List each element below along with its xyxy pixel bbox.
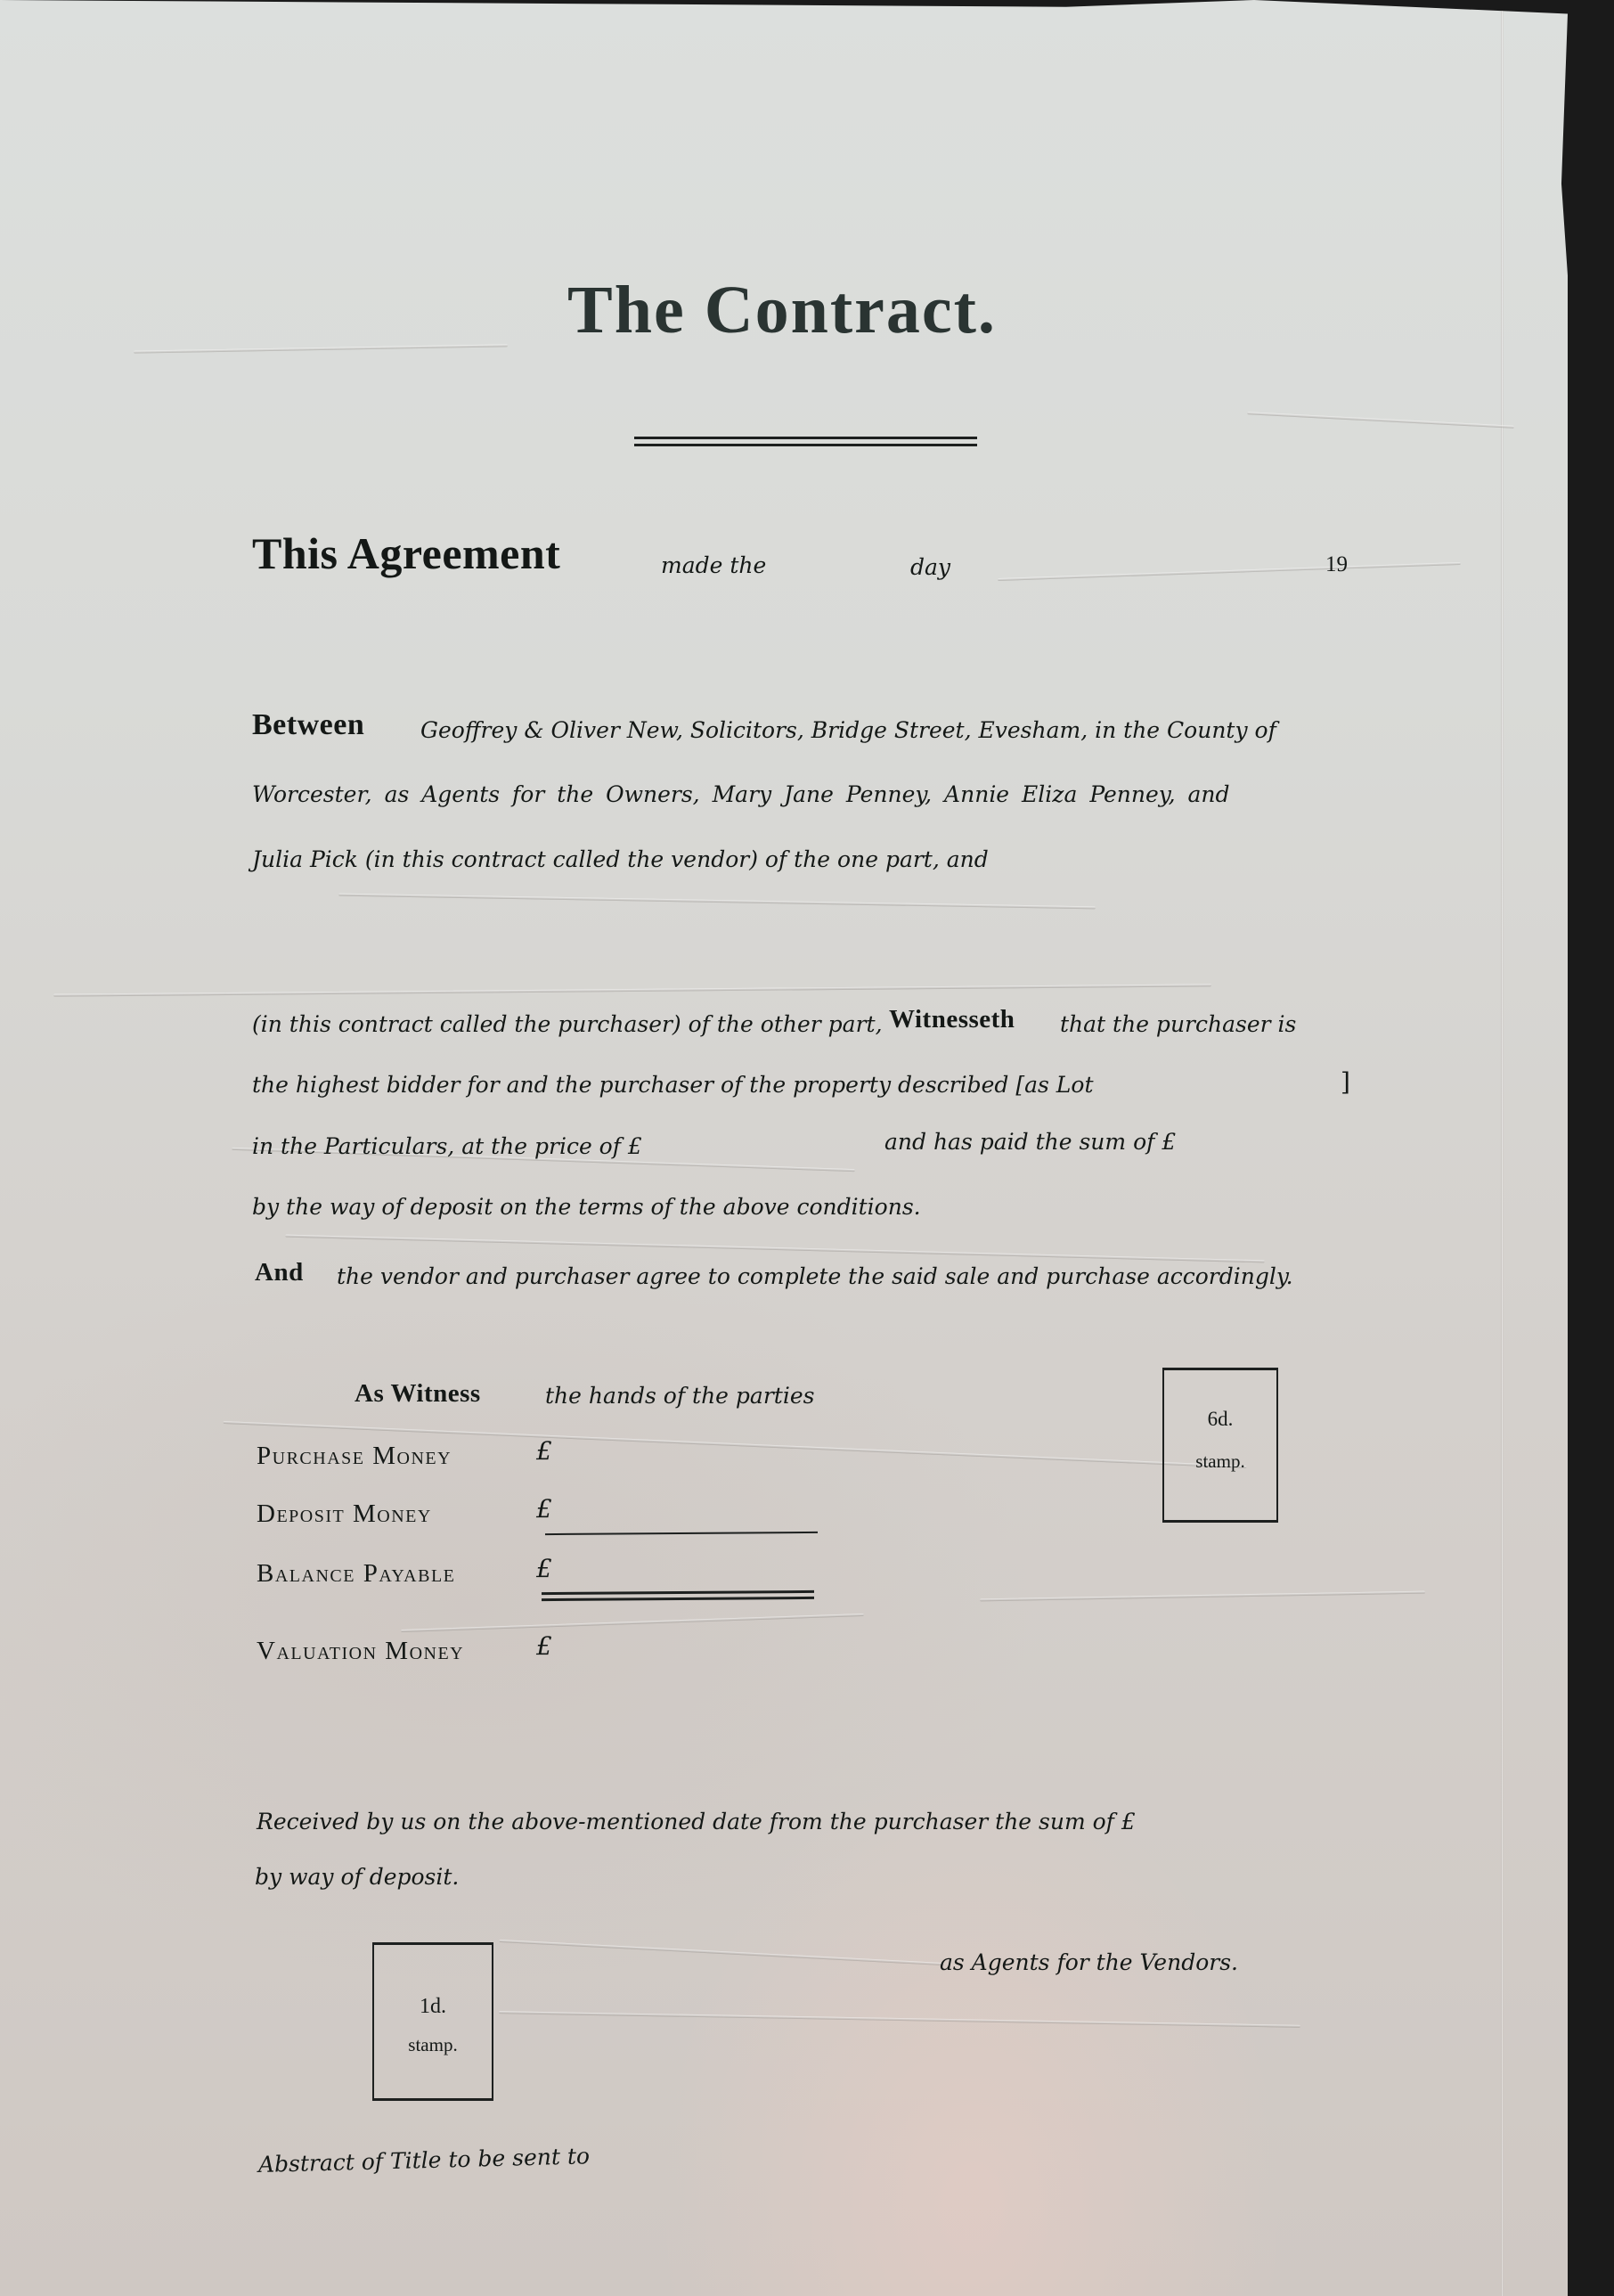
sum-paid-label: and has paid the sum of £ <box>884 1129 1176 1155</box>
year-prefix: 19 <box>1325 552 1348 577</box>
made-the-label: made the <box>661 552 766 578</box>
and-keyword: And <box>255 1258 304 1287</box>
paper-crease <box>401 1614 864 1632</box>
paper-crease <box>338 894 1096 910</box>
purchase-money-currency: £ <box>536 1436 552 1466</box>
paper-crease <box>499 2011 1300 2028</box>
paper-crease <box>53 984 1211 996</box>
title-rule-bottom <box>634 444 977 446</box>
lot-bracket-close: ] <box>1341 1067 1350 1097</box>
deposit-paid-field[interactable] <box>1202 1129 1354 1156</box>
deposit-money-field[interactable] <box>570 1497 811 1524</box>
parties-line-1: Geoffrey & Oliver New, Solicitors, Bridg… <box>420 717 1276 743</box>
page-fold <box>1501 0 1504 2296</box>
abstract-of-title-label: Abstract of Title to be sent to <box>258 2143 591 2178</box>
paper-crease <box>980 1591 1425 1602</box>
purchase-money-label: Purchase Money <box>257 1442 452 1471</box>
contract-page: The Contract. This Agreement made the da… <box>0 0 1568 2296</box>
witnesseth-keyword: Witnesseth <box>889 1005 1015 1034</box>
purchase-money-field[interactable] <box>570 1439 811 1466</box>
sixpence-stamp-box[interactable]: 6d. stamp. <box>1162 1368 1278 1523</box>
penny-stamp-box[interactable]: 1d. stamp. <box>372 1942 493 2101</box>
price-label: in the Particulars, at the price of £ <box>252 1133 642 1159</box>
parties-line-3: Julia Pick (in this contract called the … <box>252 846 989 872</box>
lot-number-field[interactable] <box>1198 1072 1332 1099</box>
receipt-line-2: by way of deposit. <box>255 1864 459 1890</box>
deposit-underline <box>545 1532 818 1535</box>
valuation-money-label: Valuation Money <box>257 1637 464 1666</box>
paper-crease <box>134 344 508 353</box>
valuation-money-currency: £ <box>536 1631 552 1661</box>
paper-crease <box>998 562 1461 581</box>
balance-double-rule-bottom <box>542 1597 814 1601</box>
deposit-money-label: Deposit Money <box>257 1499 432 1529</box>
title-rule-top <box>634 437 977 439</box>
stamp-label: stamp. <box>1164 1450 1276 1473</box>
parties-line-2: Worcester, as Agents for the Owners, Mar… <box>252 781 1230 807</box>
abstract-recipient-field[interactable] <box>641 2149 1354 2176</box>
deposit-money-currency: £ <box>536 1494 552 1524</box>
agents-for-vendors-text: as Agents for the Vendors. <box>940 1949 1238 1975</box>
witnesseth-line-1-post: that the purchaser is <box>1060 1011 1296 1037</box>
witnesseth-line-4: by the way of deposit on the terms of th… <box>252 1194 921 1220</box>
stamp-value: 1d. <box>374 1995 492 2019</box>
receipt-amount-field[interactable] <box>1211 1809 1363 1835</box>
as-witness-keyword: As Witness <box>355 1379 481 1409</box>
day-label: day <box>910 554 950 580</box>
valuation-money-field[interactable] <box>570 1634 811 1661</box>
between-label: Between <box>252 708 364 742</box>
price-field[interactable] <box>721 1133 873 1160</box>
balance-payable-field[interactable] <box>570 1557 811 1583</box>
witnesseth-line-1-pre: (in this contract called the purchaser) … <box>252 1011 883 1037</box>
stamp-value: 6d. <box>1164 1408 1276 1431</box>
stamp-label: stamp. <box>374 2034 492 2056</box>
paper-crease <box>285 1235 1265 1263</box>
witnesseth-line-2: the highest bidder for and the purchaser… <box>252 1072 1094 1098</box>
as-witness-text: the hands of the parties <box>545 1383 814 1409</box>
document-title: The Contract. <box>567 272 997 349</box>
paper-crease <box>1247 412 1514 429</box>
agreement-clause-text: the vendor and purchaser agree to comple… <box>337 1263 1293 1289</box>
agreement-heading: This Agreement <box>252 527 560 579</box>
purchaser-name-field[interactable] <box>252 918 1357 946</box>
balance-payable-currency: £ <box>536 1554 552 1583</box>
receipt-line-1: Received by us on the above-mentioned da… <box>257 1809 1136 1834</box>
paper-crease <box>499 1940 943 1965</box>
balance-payable-label: Balance Payable <box>257 1559 455 1589</box>
balance-double-rule-top <box>542 1590 814 1595</box>
